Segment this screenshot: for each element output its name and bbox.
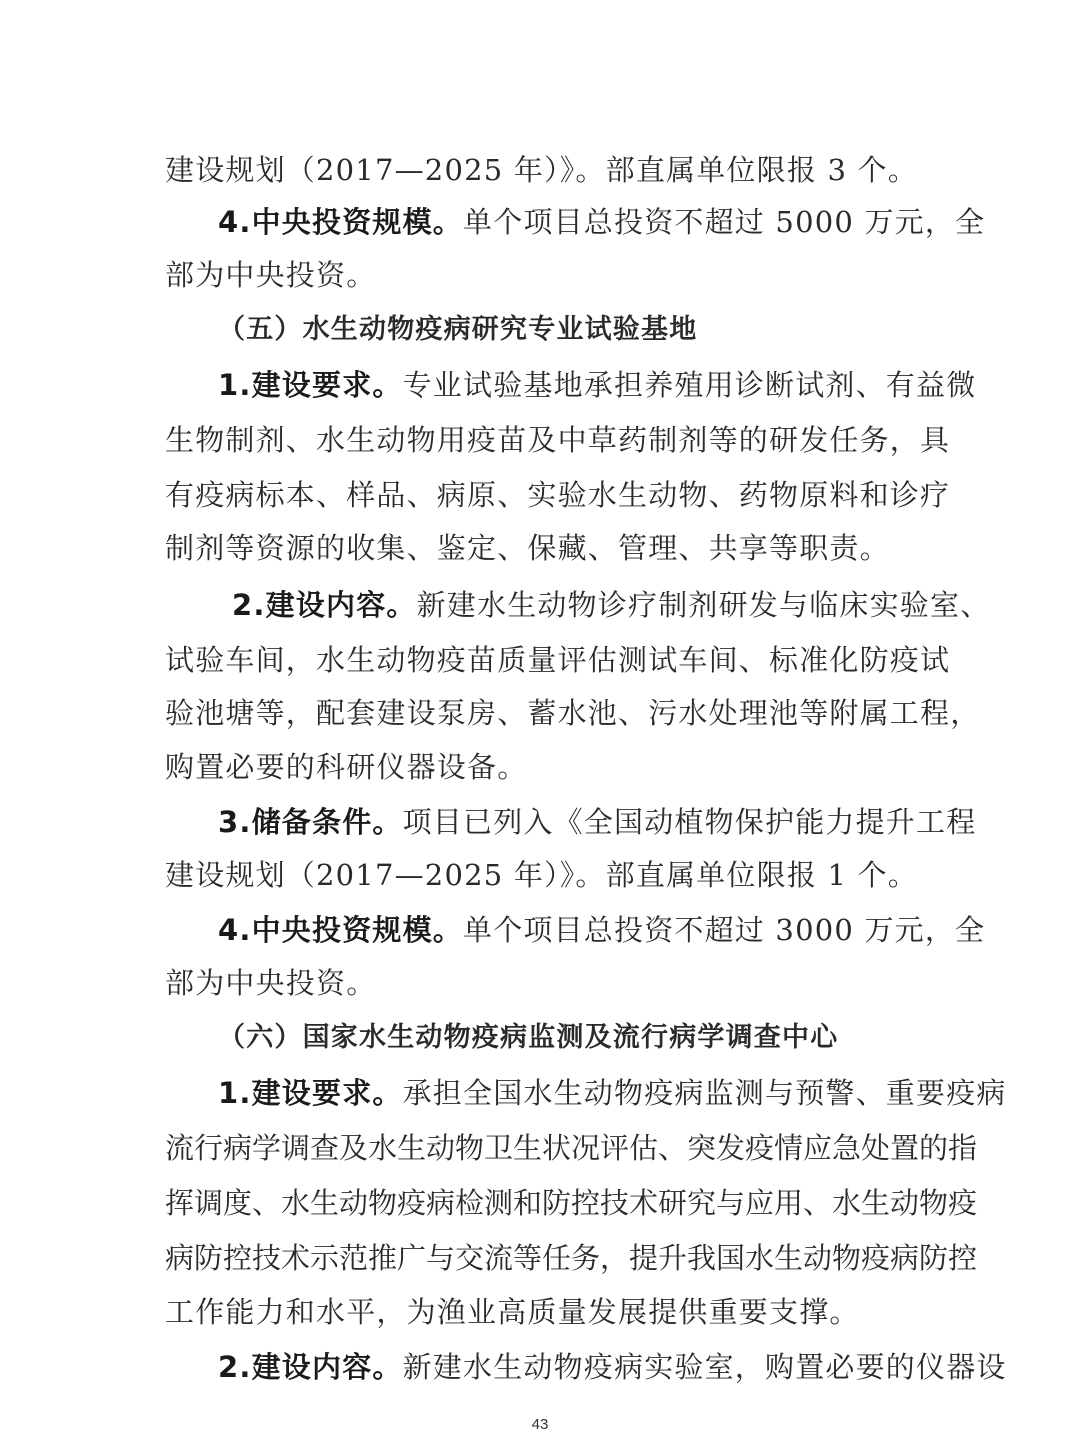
text-line: 工作能力和水平，为渔业高质量发展提供重要支撑。 bbox=[165, 1292, 917, 1332]
paragraph-central-investment-5000: 4.中央投资规模。单个项目总投资不超过 5000 万元，全 bbox=[218, 202, 970, 242]
line-text: 单个项目总投资不超过 3000 万元，全 bbox=[463, 913, 985, 947]
item-label: 3.储备条件。 bbox=[218, 805, 403, 839]
line-text: 生物制剂、水生动物用疫苗及中草药制剂等的研发任务，具 bbox=[165, 423, 950, 457]
paragraph-construction-content: 2.建设内容。新建水生动物疫病实验室，购置必要的仪器设 bbox=[218, 1347, 970, 1387]
section-heading-6: （六）国家水生动物疫病监测及流行病学调查中心 bbox=[218, 1018, 970, 1058]
line-text: 流行病学调查及水生动物卫生状况评估、突发疫情应急处置的指 bbox=[165, 1131, 977, 1165]
line-text: 项目已列入《全国动植物保护能力提升工程 bbox=[403, 805, 977, 839]
paragraph-reserve-conditions: 3.储备条件。项目已列入《全国动植物保护能力提升工程 bbox=[218, 802, 970, 842]
text-line: 验池塘等，配套建设泵房、蓄水池、污水处理池等附属工程， bbox=[165, 693, 917, 733]
line-text: 专业试验基地承担养殖用诊断试剂、有益微 bbox=[403, 368, 977, 402]
line-text: 新建水生动物疫病实验室，购置必要的仪器设 bbox=[403, 1350, 1007, 1384]
item-label: 1.建设要求。 bbox=[218, 368, 403, 402]
item-label: 4.中央投资规模。 bbox=[218, 913, 463, 947]
line-text: 部为中央投资。 bbox=[165, 258, 376, 292]
page-number: 43 bbox=[0, 1416, 1080, 1433]
text-line: 部为中央投资。 bbox=[165, 255, 917, 295]
paragraph-central-investment-3000: 4.中央投资规模。单个项目总投资不超过 3000 万元，全 bbox=[218, 910, 970, 950]
text-line: 建设规划（2017—2025 年）》。部直属单位限报 3 个。 bbox=[165, 150, 917, 190]
paragraph-requirements: 1.建设要求。承担全国水生动物疫病监测与预警、重要疫病 bbox=[218, 1073, 970, 1113]
item-label: 2.建设内容。 bbox=[218, 1350, 403, 1384]
line-text: 建设规划（2017—2025 年）》。部直属单位限报 1 个。 bbox=[165, 858, 918, 892]
line-text: 建设规划（2017—2025 年）》。部直属单位限报 3 个。 bbox=[165, 153, 918, 187]
line-text: 病防控技术示范推广与交流等任务，提升我国水生动物疫病防控 bbox=[165, 1241, 977, 1275]
text-line: 建设规划（2017—2025 年）》。部直属单位限报 1 个。 bbox=[165, 855, 917, 895]
line-text: 承担全国水生动物疫病监测与预警、重要疫病 bbox=[403, 1076, 1007, 1110]
line-text: 单个项目总投资不超过 5000 万元，全 bbox=[463, 205, 985, 239]
text-line: 试验车间，水生动物疫苗质量评估测试车间、标准化防疫试 bbox=[165, 640, 917, 680]
line-text: 验池塘等，配套建设泵房、蓄水池、污水处理池等附属工程， bbox=[165, 696, 980, 730]
text-line: 有疫病标本、样品、病原、实验水生动物、药物原料和诊疗 bbox=[165, 475, 917, 515]
section-heading-5: （五）水生动物疫病研究专业试验基地 bbox=[218, 310, 970, 350]
item-label: 1.建设要求。 bbox=[218, 1076, 403, 1110]
line-text: 工作能力和水平，为渔业高质量发展提供重要支撑。 bbox=[165, 1295, 860, 1329]
text-line: 生物制剂、水生动物用疫苗及中草药制剂等的研发任务，具 bbox=[165, 420, 917, 460]
line-text: 新建水生动物诊疗制剂研发与临床实验室、 bbox=[417, 588, 991, 622]
line-text: 有疫病标本、样品、病原、实验水生动物、药物原料和诊疗 bbox=[165, 478, 950, 512]
line-text: 购置必要的科研仪器设备。 bbox=[165, 750, 527, 784]
line-text: 挥调度、水生动物疫病检测和防控技术研究与应用、水生动物疫 bbox=[165, 1186, 977, 1220]
text-line: 部为中央投资。 bbox=[165, 963, 917, 1003]
line-text: 部为中央投资。 bbox=[165, 966, 376, 1000]
text-line: 流行病学调查及水生动物卫生状况评估、突发疫情应急处置的指 bbox=[165, 1128, 917, 1168]
line-text: 试验车间，水生动物疫苗质量评估测试车间、标准化防疫试 bbox=[165, 643, 950, 677]
item-label: 4.中央投资规模。 bbox=[218, 205, 463, 239]
item-label: 2.建设内容。 bbox=[232, 588, 417, 622]
text-line: 制剂等资源的收集、鉴定、保藏、管理、共享等职责。 bbox=[165, 528, 917, 568]
text-line: 购置必要的科研仪器设备。 bbox=[165, 747, 917, 787]
paragraph-construction-content: 2.建设内容。新建水生动物诊疗制剂研发与临床实验室、 bbox=[232, 585, 984, 625]
paragraph-requirements: 1.建设要求。专业试验基地承担养殖用诊断试剂、有益微 bbox=[218, 365, 970, 405]
line-text: 制剂等资源的收集、鉴定、保藏、管理、共享等职责。 bbox=[165, 531, 890, 565]
text-line: 挥调度、水生动物疫病检测和防控技术研究与应用、水生动物疫 bbox=[165, 1183, 917, 1223]
text-line: 病防控技术示范推广与交流等任务，提升我国水生动物疫病防控 bbox=[165, 1238, 917, 1278]
